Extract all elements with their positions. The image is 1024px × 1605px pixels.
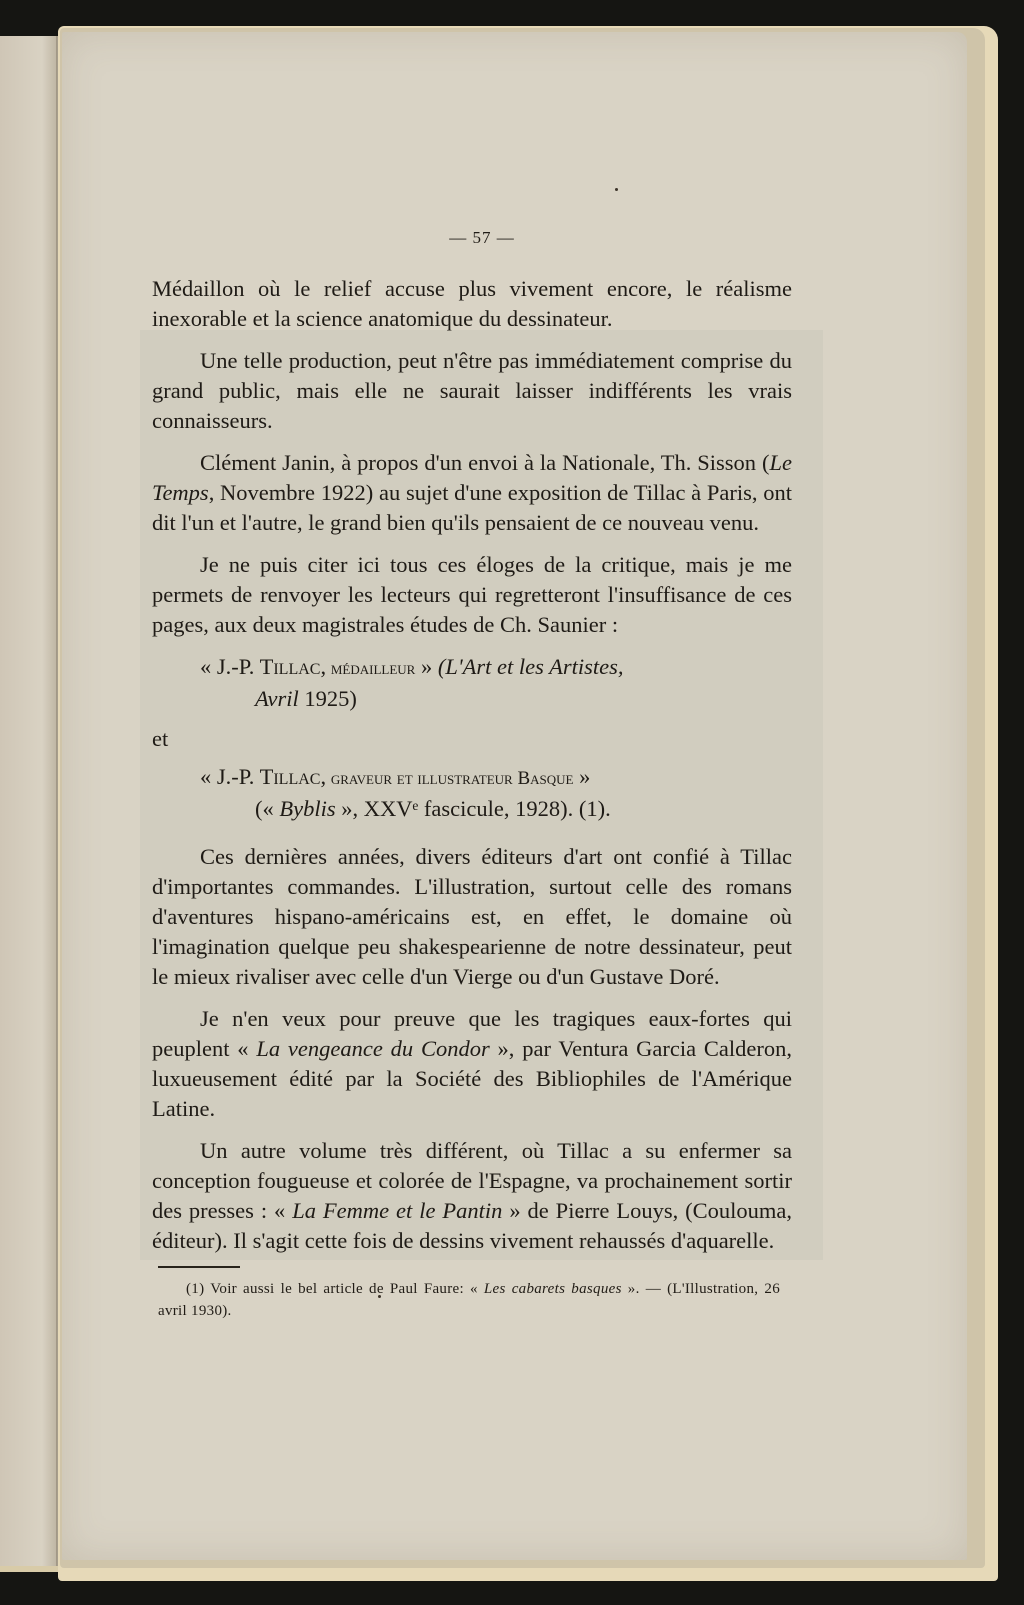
paragraph-3-after: , Novembre 1922) au sujet d'une expositi… — [152, 480, 792, 535]
citation-1-close-quote: » — [415, 654, 438, 679]
citation-2-close-quote: » — [573, 764, 590, 789]
facing-page-left — [0, 36, 60, 1572]
paragraph-7-italic: La Femme et le Pantin — [292, 1198, 502, 1223]
footnote-before: Voir aussi le bel article de Paul Faure:… — [204, 1281, 484, 1297]
citation-1-title: médailleur — [326, 658, 415, 679]
paragraph-2: Une telle production, peut n'être pas im… — [152, 346, 792, 436]
citation-1-year: 1925) — [299, 686, 357, 711]
citation-1: « J.-P. Tillac, médailleur » (L'Art et l… — [200, 652, 792, 714]
footnote-separator — [158, 1266, 240, 1268]
paragraph-1: Médaillon où le relief accuse plus vivem… — [152, 274, 792, 334]
citation-1-open-quote: « — [200, 654, 217, 679]
footnote-italic: Les cabarets basques — [484, 1281, 622, 1297]
paragraph-3-before: Clément Janin, à propos d'un envoi à la … — [200, 450, 770, 475]
citation-1-line2: Avril 1925) — [200, 684, 792, 714]
paragraph-6: Je n'en veux pour preuve que les tragiqu… — [152, 1004, 792, 1124]
citation-2-title: graveur et illustrateur Basque — [326, 768, 573, 789]
citation-1-author: J.-P. Tillac, — [217, 654, 326, 679]
footnote-marker: (1) — [158, 1281, 204, 1297]
paragraph-6-italic: La vengeance du Condor — [256, 1036, 489, 1061]
citation-2-open-quote: « — [200, 764, 217, 789]
paragraph-5: Ces dernières années, divers éditeurs d'… — [152, 842, 792, 992]
paragraph-7: Un autre volume très différent, où Tilla… — [152, 1136, 792, 1256]
conjunction-et: et — [152, 724, 792, 754]
citation-1-source: (L'Art et les Artistes, — [438, 654, 624, 679]
citation-2-line2-before: (« — [255, 796, 279, 821]
paragraph-3: Clément Janin, à propos d'un envoi à la … — [152, 448, 792, 538]
page-number: — 57 — — [152, 228, 792, 248]
citation-1-month: Avril — [255, 686, 299, 711]
footnote: (1) Voir aussi le bel article de Paul Fa… — [158, 1278, 780, 1322]
paragraph-4: Je ne puis citer ici tous ces éloges de … — [152, 550, 792, 640]
citation-2-author: J.-P. Tillac, — [217, 764, 326, 789]
citation-2-journal: Byblis — [279, 796, 335, 821]
citation-2-line2-rest: », XXVᵉ fascicule, 1928). (1). — [336, 796, 611, 821]
page-content: — 57 — Médaillon où le relief accuse plu… — [152, 228, 792, 1268]
paper-speck — [615, 188, 618, 191]
citation-2-line2: (« Byblis », XXVᵉ fascicule, 1928). (1). — [200, 794, 792, 824]
citation-2: « J.-P. Tillac, graveur et illustrateur … — [200, 762, 792, 824]
